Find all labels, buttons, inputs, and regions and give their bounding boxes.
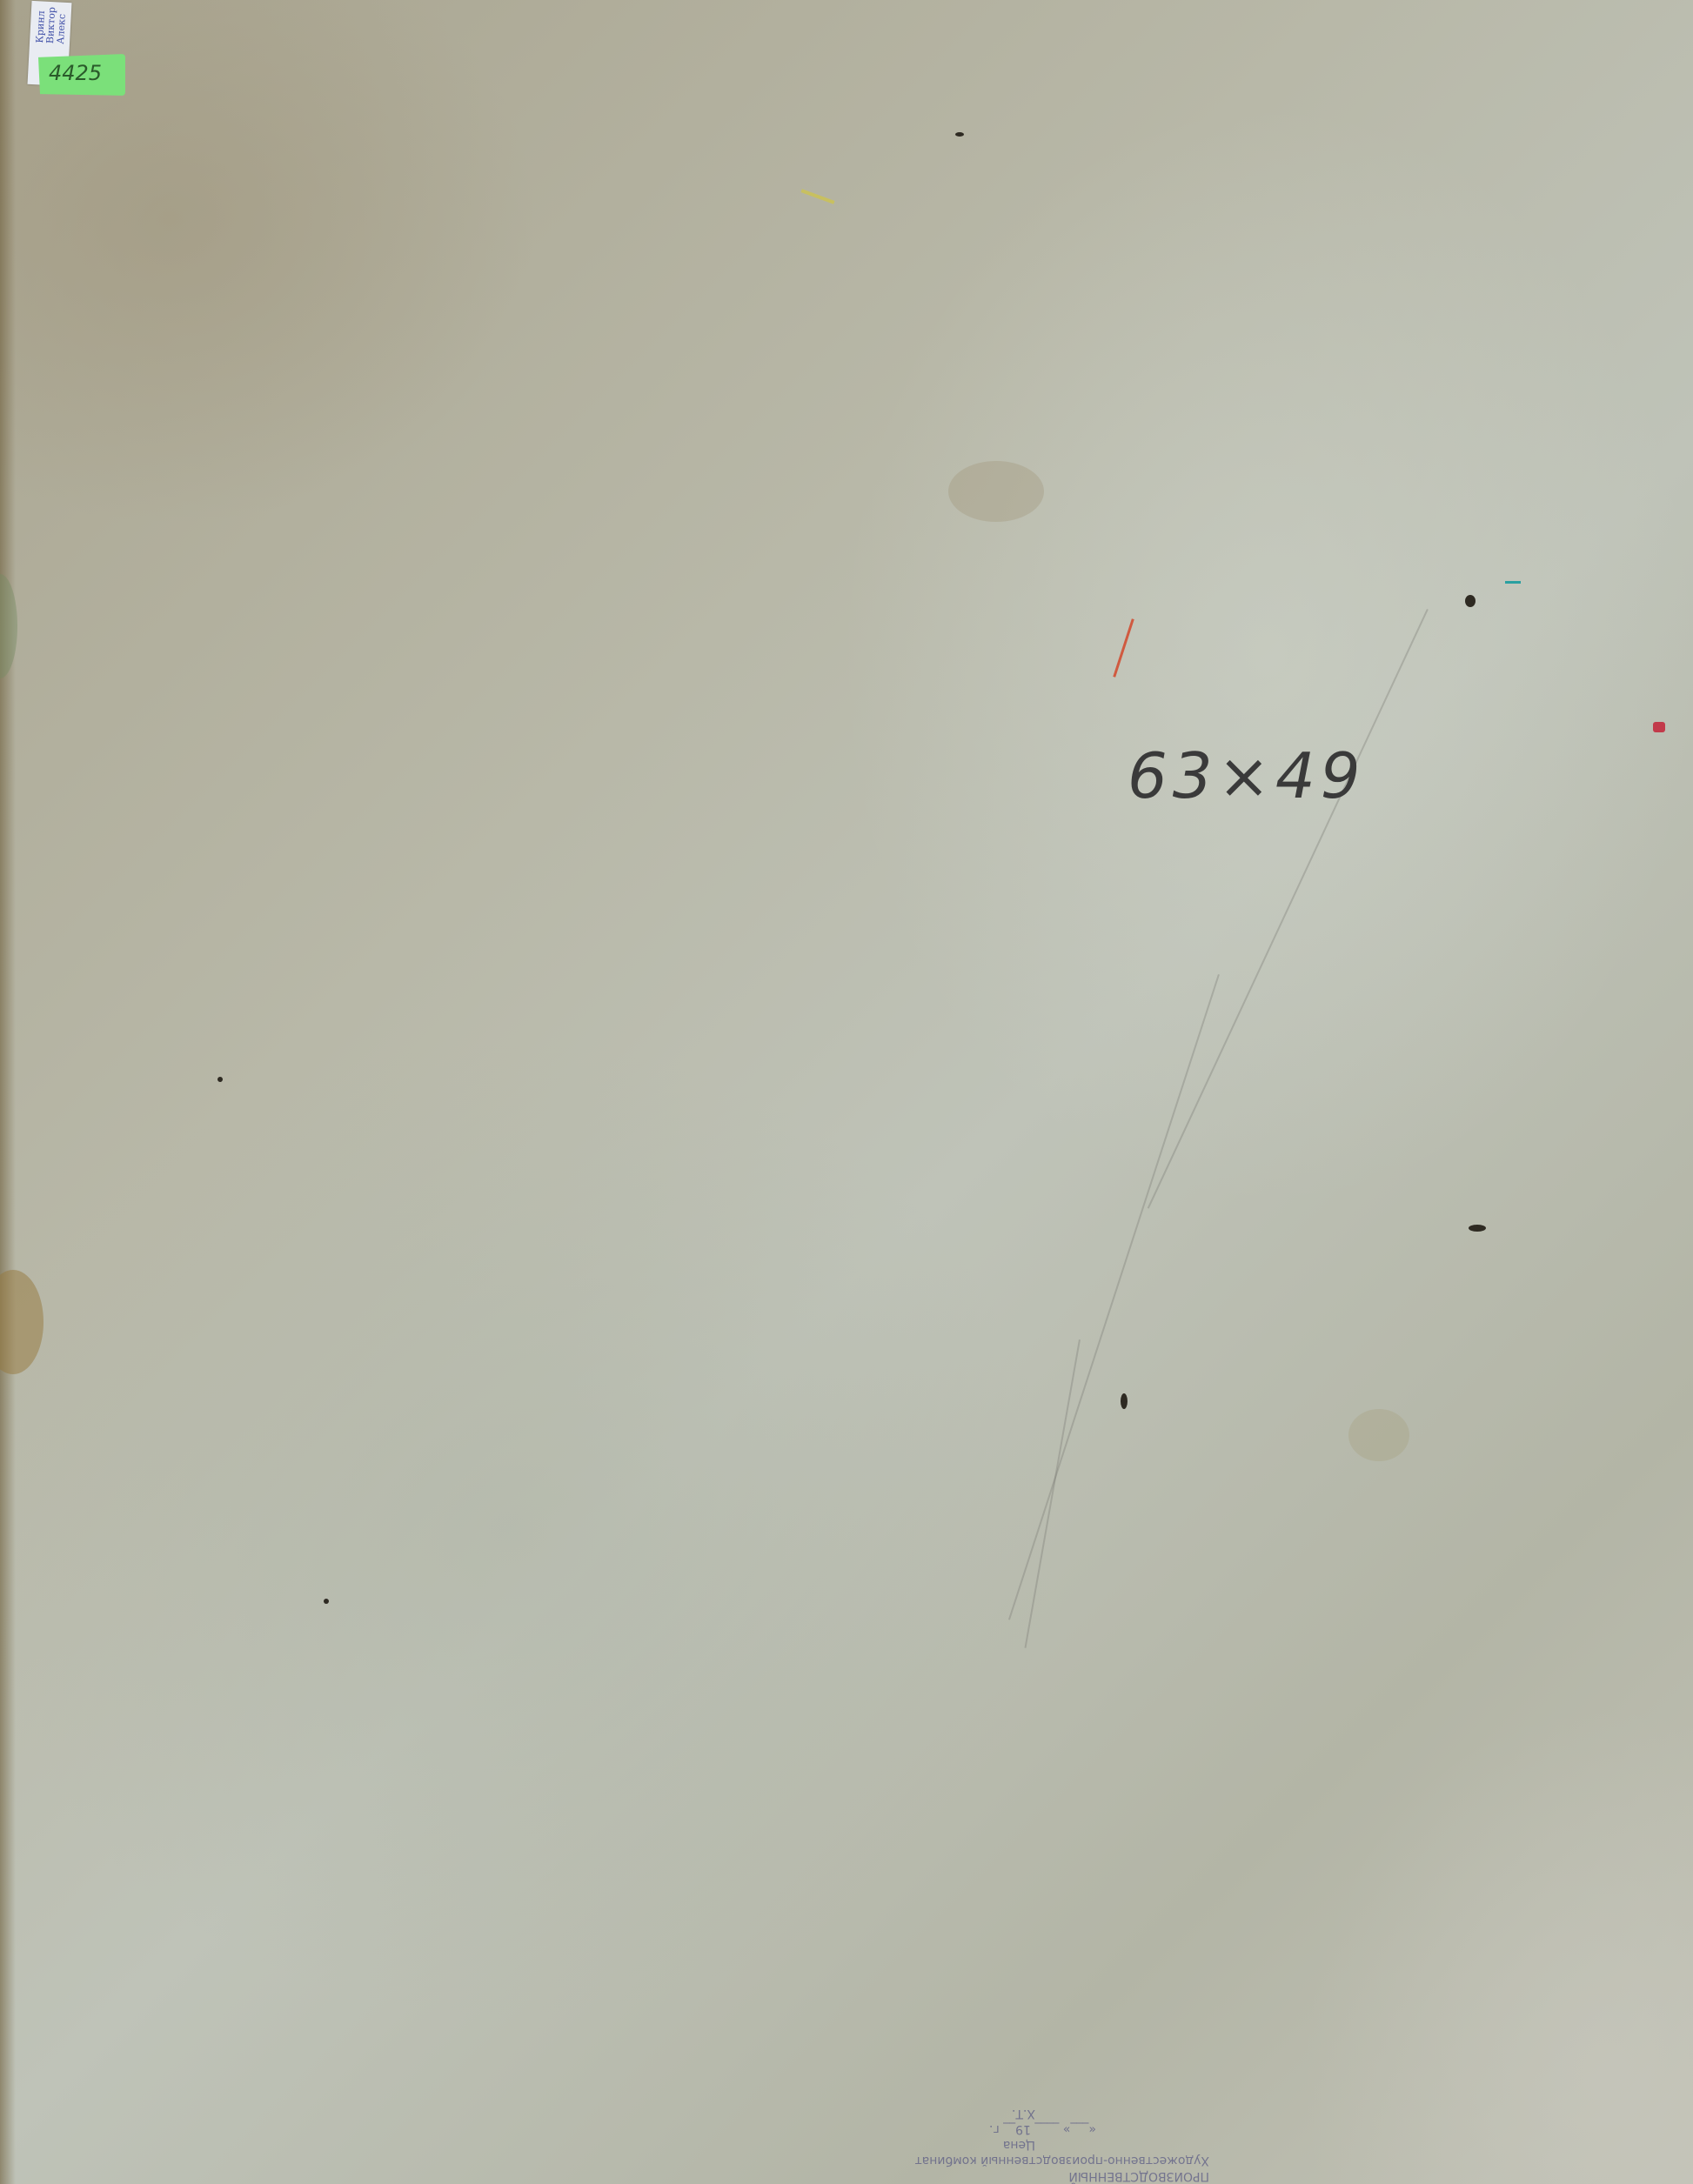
workshop-stamp: ПРОИЗВОДСТВЕННЫЙ Художественно-производс… xyxy=(948,2070,1209,2184)
stain xyxy=(1348,1409,1409,1461)
stamp-line: ПРОИЗВОДСТВЕННЫЙ xyxy=(948,2168,1209,2184)
stain xyxy=(948,461,1044,522)
speck xyxy=(217,1077,223,1082)
pencil-line xyxy=(1024,1339,1080,1648)
yellow-mark xyxy=(801,189,835,204)
speck xyxy=(1121,1393,1128,1409)
inventory-number: 4425 xyxy=(49,61,102,85)
inventory-label: 4425 xyxy=(38,54,125,96)
stamp-line: «___» ____ 19__ г. xyxy=(948,2121,1209,2137)
speck xyxy=(324,1599,329,1604)
red-paint-mark xyxy=(1653,722,1665,732)
dimensions-note: 63×49 xyxy=(1128,739,1366,812)
stamp-line: Художественно-производственный комбинат xyxy=(948,2153,1209,2168)
board-left-edge xyxy=(0,0,16,2184)
teal-mark xyxy=(1505,581,1521,584)
stamp-line: Х.Т. xyxy=(948,2106,1209,2121)
pencil-line xyxy=(1148,609,1429,1209)
artist-name-text: Кринл Виктор Алекс xyxy=(35,6,68,44)
pencil-line xyxy=(1008,974,1220,1620)
red-pencil-mark xyxy=(1113,618,1134,678)
stain xyxy=(0,1270,43,1374)
speck xyxy=(1465,595,1476,607)
speck xyxy=(955,132,964,137)
painting-board-back: Кринл Виктор Алекс 4425 63×49 ПРОИЗВОДСТ… xyxy=(0,0,1693,2184)
stamp-line: Цена xyxy=(948,2137,1209,2153)
speck xyxy=(1469,1225,1486,1232)
